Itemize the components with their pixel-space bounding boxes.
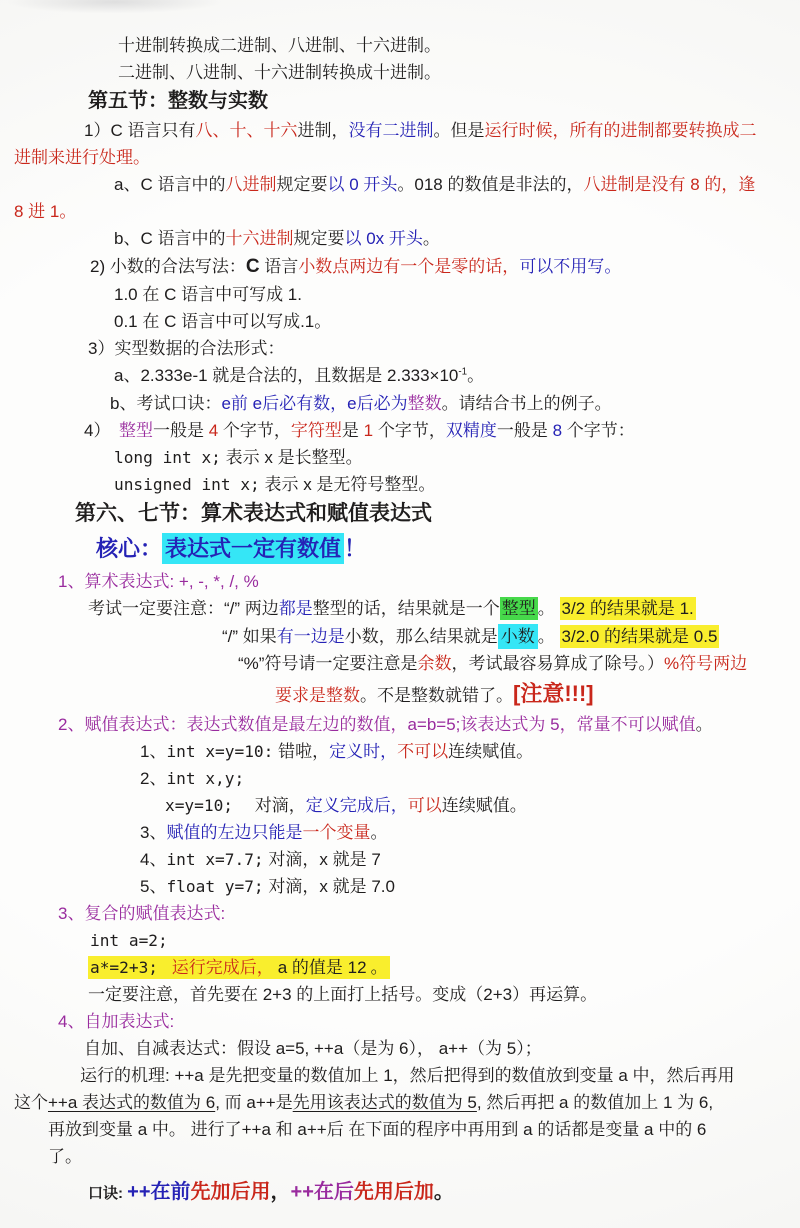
text-segment: %符号两边 <box>664 654 747 673</box>
text-segment: 整型的话，结果就是一个 <box>313 599 500 618</box>
text-segment: 十六进制 <box>225 229 293 248</box>
text-segment: 二进制、八进制、十六进制转换成十进制。 <box>118 63 441 82</box>
text-segment: 这个 <box>14 1093 48 1112</box>
text-segment: 1 <box>364 421 373 440</box>
line-assign-3: 3、赋值的左边只能是一个变量。 <box>0 823 790 843</box>
text-segment: 余数 <box>417 654 451 673</box>
text-segment: int a=2; <box>90 931 168 950</box>
text-segment: 八进制 <box>225 175 276 194</box>
text-segment: 4、 <box>140 850 166 869</box>
text-segment: 。 <box>538 627 560 646</box>
text-segment: 核心： <box>96 536 162 561</box>
text-segment: 整型 <box>119 421 153 440</box>
text-segment: ，考试最容易算成了除号。） <box>451 654 664 673</box>
line-unsigned-int: unsigned int x; 表示 x 是无符号整型。 <box>0 475 790 495</box>
text-segment: 第六、七节：算术表达式和赋值表达式 <box>75 502 432 525</box>
text-segment: 。 <box>434 1181 454 1203</box>
text-segment: 表达式一定有数值 <box>162 533 344 564</box>
text-segment: int x,y; <box>166 769 244 788</box>
line-div-float: “/” 如果有一边是小数，那么结果就是小数。 3/2.0 的结果就是 0.5 <box>0 627 790 647</box>
text-segment: 个字节： <box>562 421 635 440</box>
text-segment: 。不是整数就错了。 <box>360 686 513 705</box>
text-segment: 2、 <box>140 769 166 788</box>
text-segment: x=y=10; <box>165 796 233 815</box>
text-segment: 一般是 <box>153 421 209 440</box>
text-segment: 以 0 开头 <box>327 175 397 194</box>
text-segment: 。 <box>369 956 390 979</box>
text-segment: 1）C 语言只有 <box>84 121 195 140</box>
text-segment: 4） <box>84 421 119 440</box>
line-example-1-0: 1.0 在 C 语言中可写成 1. <box>0 285 790 305</box>
text-segment: 对滴，x 就是 7 <box>264 850 381 869</box>
text-segment: 不可以 <box>397 742 448 761</box>
text-segment: 连续赋值。 <box>442 796 527 815</box>
text-segment: 0.1 在 C 语言中可以写成.1。 <box>114 312 331 331</box>
text-segment: 字符型 <box>291 421 342 440</box>
line-compound-heading: 3、复合的赋值表达式: <box>0 904 790 924</box>
line-hex: b、C 语言中的十六进制规定要以 0x 开头。 <box>0 229 790 249</box>
text-segment: 先用该表达式的数值为 5 <box>293 1093 477 1112</box>
line-long-int: long int x; 表示 x 是长整型。 <box>0 448 790 468</box>
line-real-a: a、2.333e-1 就是合法的，且数据是 2.333×10-1。 <box>0 366 790 386</box>
line-mod-cont: 要求是整数。不是整数就错了。[注意!!!] <box>0 681 790 707</box>
text-segment: -1 <box>458 367 467 378</box>
text-segment: ++a 表达式的数值为 6 <box>48 1093 215 1112</box>
text-segment: ++在后 <box>291 1181 354 1203</box>
text-segment: 。 <box>604 257 621 276</box>
text-segment: C <box>246 256 260 277</box>
text-segment: 要求是整数 <box>275 686 360 705</box>
text-segment: 对滴，x 就是 7.0 <box>264 877 395 896</box>
text-segment: 八进制是没有 8 的，逢 <box>583 175 755 194</box>
text-segment: 一般是 <box>497 421 553 440</box>
line-selfadd-heading: 4、自加表达式: <box>0 1012 790 1032</box>
text-segment: 1、 <box>140 742 166 761</box>
text-segment: float y=7; <box>166 877 263 896</box>
text-segment: 3、复合的赋值表达式: <box>58 904 225 923</box>
text-segment: e前 e后必有数， <box>221 394 347 413</box>
line-point4: 4） 整型一般是 4 个字节，字符型是 1 个字节，双精度一般是 8 个字节： <box>0 421 790 441</box>
text-segment: 2、赋值表达式：表达式数值是最左边的数值，a=b=5;该表达式为 5，常量不可以… <box>58 715 696 734</box>
line-mechanism-3: 再放到变量 a 中。 进行了++a 和 a++后 在下面的程序中再用到 a 的话… <box>0 1120 790 1140</box>
text-segment: 可以不用写 <box>519 257 604 276</box>
section-6-7-heading: 第六、七节：算术表达式和赋值表达式 <box>0 502 790 527</box>
line-mod: “%”符号请一定要注意是余数，考试最容易算成了除号。）%符号两边 <box>0 654 790 674</box>
text-segment: b、考试口诀： <box>110 394 221 413</box>
text-segment: 。 <box>370 823 387 842</box>
line-decimal-to-others: 十进制转换成二进制、八进制、十六进制。 <box>0 36 790 56</box>
line-point1: 1）C 语言只有八、十、十六进制，没有二进制。但是运行时候，所有的进制都要转换成… <box>0 121 790 141</box>
text-segment: 表示 x 是无符号整型。 <box>260 475 436 494</box>
text-segment: 一定要注意，首先要在 2+3 的上面打上括号。变成（2+3）再运算。 <box>88 985 597 1004</box>
text-segment: 3/2.0 的结果就是 0.5 <box>560 625 720 648</box>
text-segment: 4 <box>209 421 218 440</box>
line-assign-heading: 2、赋值表达式：表达式数值是最左边的数值，a=b=5;该表达式为 5，常量不可以… <box>0 715 790 735</box>
text-segment: ++在前 <box>127 1181 190 1203</box>
line-real-b: b、考试口诀：e前 e后必有数，e后必为整数。请结合书上的例子。 <box>0 394 790 414</box>
text-segment: 是 <box>342 421 364 440</box>
text-segment: 运行的机理: ++a 是先把变量的数值加上 1，然后把得到的数值放到变量 a 中… <box>80 1066 735 1085</box>
text-segment: 小数，那么结果就是 <box>345 627 498 646</box>
text-segment: 一个变量 <box>302 823 370 842</box>
line-arith-heading: 1、算术表达式: +, -, *, /, % <box>0 572 790 592</box>
text-segment: ！ <box>344 536 366 561</box>
line-example-0-1: 0.1 在 C 语言中可以写成.1。 <box>0 312 790 332</box>
line-octal-cont: 8 进 1。 <box>0 202 790 222</box>
text-segment: 。但是 <box>433 121 484 140</box>
line-others-to-decimal: 二进制、八进制、十六进制转换成十进制。 <box>0 63 790 83</box>
text-segment: 。 <box>423 229 440 248</box>
text-segment: , 而 a++是 <box>215 1093 292 1112</box>
text-segment: 考试一定要注意：“/” 两边 <box>88 599 279 618</box>
text-segment: 。 <box>538 599 560 618</box>
text-segment: 5、 <box>140 877 166 896</box>
text-segment: 连续赋值。 <box>448 742 533 761</box>
text-segment: [注意!!!] <box>513 681 594 706</box>
text-segment: 了。 <box>48 1147 82 1166</box>
text-segment: 2) 小数的合法写法： <box>90 257 246 276</box>
text-segment: 先加后用 <box>191 1181 271 1203</box>
text-segment: 双精度 <box>446 421 497 440</box>
text-segment: 8 <box>553 421 562 440</box>
text-segment: 运行完成后， <box>170 956 276 979</box>
text-segment: 有一边是 <box>277 627 345 646</box>
text-segment: 口诀: <box>88 1185 127 1202</box>
text-segment: “%”符号请一定要注意是 <box>238 654 417 673</box>
line-core: 核心：表达式一定有数值！ <box>0 536 790 562</box>
text-segment: long int x; <box>114 448 221 467</box>
text-segment: 都是 <box>279 599 313 618</box>
line-mechanism-1: 运行的机理: ++a 是先把变量的数值加上 1，然后把得到的数值放到变量 a 中… <box>0 1066 790 1086</box>
text-segment: 整型 <box>500 597 538 620</box>
text-segment: 对滴， <box>233 796 306 815</box>
text-segment: 规定要 <box>276 175 327 194</box>
text-segment: 小数 <box>498 624 538 649</box>
text-segment: 3/2 的结果就是 1. <box>560 597 696 620</box>
text-segment: , 然后再把 a 的数值加上 1 为 6, <box>477 1093 713 1112</box>
text-segment: 。 <box>696 715 713 734</box>
text-segment: 3、 <box>140 823 166 842</box>
text-segment: 赋值的左边只能是 <box>166 823 302 842</box>
text-segment: 八、十、十六 <box>195 121 297 140</box>
text-segment: 。 <box>467 366 484 385</box>
line-assign-2-cont: x=y=10; 对滴，定义完成后，可以连续赋值。 <box>0 796 790 816</box>
line-octal: a、C 语言中的八进制规定要以 0 开头。018 的数值是非法的，八进制是没有 … <box>0 175 790 195</box>
line-assign-1: 1、int x=y=10: 错啦，定义时，不可以连续赋值。 <box>0 742 790 762</box>
text-segment: b、C 语言中的 <box>114 229 225 248</box>
line-assign-2: 2、int x,y; <box>0 769 790 789</box>
text-segment: 错啦， <box>273 742 329 761</box>
line-assign-4: 4、int x=7.7; 对滴，x 就是 7 <box>0 850 790 870</box>
text-segment: a*=2+3; <box>88 956 170 979</box>
line-point1-cont: 进制来进行处理。 <box>0 148 790 168</box>
text-segment: 定义完成后， <box>306 796 408 815</box>
section-5-heading: 第五节：整数与实数 <box>0 90 790 114</box>
text-segment: 运行时候，所有的进制都要转换成二 <box>484 121 756 140</box>
text-segment: 十进制转换成二进制、八进制、十六进制。 <box>118 36 441 55</box>
line-compound-note: 一定要注意，首先要在 2+3 的上面打上括号。变成（2+3）再运算。 <box>0 985 790 1005</box>
text-segment: 小数点两边有一个是零的话， <box>298 257 519 276</box>
text-segment: a、2.333e-1 就是合法的，且数据是 2.333×10 <box>114 366 458 385</box>
text-segment: 语言 <box>260 257 299 276</box>
text-segment: 自加、自减表达式：假设 a=5, ++a（是为 6）， a++（为 5）； <box>84 1039 542 1058</box>
text-segment: 个字节， <box>218 421 291 440</box>
line-compound-yellow: a*=2+3; 运行完成后，a 的值是 12。 <box>0 958 790 978</box>
text-segment: 个字节， <box>373 421 446 440</box>
text-segment: int x=y=10: <box>166 742 273 761</box>
line-assign-5: 5、float y=7; 对滴，x 就是 7.0 <box>0 877 790 897</box>
line-point3: 3）实型数据的合法形式： <box>0 339 790 359</box>
text-segment: 没有二进制 <box>348 121 433 140</box>
text-segment: 1、算术表达式: +, -, *, /, % <box>58 572 259 591</box>
line-mnemonic: 口诀: ++在前先加后用，++在后先用后加。 <box>0 1181 790 1205</box>
text-segment: 进制来进行处理。 <box>14 148 150 167</box>
line-point2: 2) 小数的合法写法：C 语言小数点两边有一个是零的话，可以不用写。 <box>0 256 790 278</box>
text-segment: 第五节：整数与实数 <box>88 90 268 112</box>
text-segment: 表示 x 是长整型。 <box>221 448 363 467</box>
text-segment: 3）实型数据的合法形式： <box>88 339 284 358</box>
text-segment: 可以 <box>408 796 442 815</box>
text-segment: a、C 语言中的 <box>114 175 225 194</box>
text-segment: ， <box>271 1181 291 1203</box>
line-div-int: 考试一定要注意：“/” 两边都是整型的话，结果就是一个整型。 3/2 的结果就是… <box>0 599 790 619</box>
text-segment: 先用后加 <box>354 1181 434 1203</box>
text-segment: unsigned int x; <box>114 475 260 494</box>
text-segment: 再放到变量 a 中。 进行了++a 和 a++后 在下面的程序中再用到 a 的话… <box>48 1120 706 1139</box>
text-segment: 。请结合书上的例子。 <box>442 394 612 413</box>
text-segment: 4、自加表达式: <box>58 1012 174 1031</box>
text-segment: 整数 <box>408 394 442 413</box>
text-segment: 规定要 <box>293 229 344 248</box>
text-segment: 8 进 1。 <box>14 202 76 221</box>
text-segment: e后必为 <box>347 394 407 413</box>
text-segment: a 的值是 12 <box>276 956 369 979</box>
text-segment: 1.0 在 C 语言中可写成 1. <box>114 285 302 304</box>
line-selfadd-def: 自加、自减表达式：假设 a=5, ++a（是为 6）， a++（为 5）； <box>0 1039 790 1059</box>
text-segment: 。018 的数值是非法的， <box>397 175 583 194</box>
text-segment: 进制， <box>297 121 348 140</box>
text-segment: “/” 如果 <box>222 627 277 646</box>
line-mechanism-2: 这个++a 表达式的数值为 6, 而 a++是先用该表达式的数值为 5, 然后再… <box>0 1093 790 1113</box>
text-segment: int x=7.7; <box>166 850 263 869</box>
line-mechanism-4: 了。 <box>0 1147 790 1167</box>
text-segment: 以 0x 开头 <box>344 229 422 248</box>
line-int-a2: int a=2; <box>0 931 790 951</box>
document-page: 十进制转换成二进制、八进制、十六进制。二进制、八进制、十六进制转换成十进制。第五… <box>0 0 800 1228</box>
text-segment: 定义时， <box>329 742 397 761</box>
